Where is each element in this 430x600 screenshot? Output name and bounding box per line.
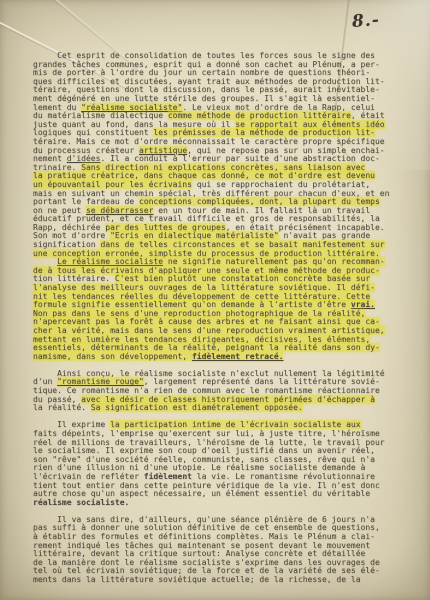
emphasized-text: ne signifie naturellement pas qu'on reco… — [163, 257, 385, 266]
text-segment: . Il a conduit à l'erreur par suite d'un… — [100, 154, 379, 163]
emphasized-text: Le réalisme socialiste — [57, 257, 163, 266]
emphasized-text: dans de telles circonstances et se basai… — [100, 240, 384, 249]
text-line: ments dans la littérature soviétique act… — [33, 576, 406, 585]
page-number: 8.- — [352, 10, 381, 32]
paper-page: 8.- Cet esprit de consolidation de toute… — [0, 0, 430, 600]
paragraph: Il exprime la participation intime de l'… — [33, 421, 406, 507]
typewritten-text: Cet esprit de consolidation de toutes le… — [33, 52, 406, 585]
emphasized-text: essentiels, déterminants de la réalité, … — [33, 343, 380, 352]
text-line: la réalité. Sa signification est diamétr… — [33, 404, 406, 413]
text-line: réalisme socialiste. — [33, 499, 406, 508]
paragraph: Il va sans dire, d'ailleurs, qu'une séan… — [33, 516, 406, 585]
emphasized-text: fidèlement retracé. — [192, 352, 284, 361]
emphasized-text: cher la vérité, mais dans le sens d'une … — [33, 326, 385, 335]
text-segment: la réalité. — [33, 403, 91, 412]
paragraph: Ainsi conçu, le réalisme socialiste n'ex… — [33, 370, 406, 413]
emphasized-text: namisme, dans son développement, — [33, 352, 192, 361]
text-line: namisme, dans son développement, fidèlem… — [33, 353, 406, 362]
emphasized-text: réalisme socialiste. — [33, 498, 129, 507]
emphasized-text: vrai. — [351, 300, 375, 309]
paragraph: Cet esprit de consolidation de toutes le… — [33, 52, 406, 258]
text-segment: , était — [351, 111, 385, 120]
emphasized-text: formule signifie essentiellement qu'on d… — [33, 300, 351, 309]
text-segment: signification — [33, 240, 100, 249]
paragraph: Le réalisme socialiste ne signifie natur… — [33, 258, 406, 361]
text-segment: ments dans la littérature soviétique act… — [33, 575, 361, 584]
emphasized-text: Sa signification est diamétralement oppo… — [91, 403, 303, 412]
text-segment — [33, 257, 57, 266]
text-segment: tique. Ce romantisme n'a rien de commun … — [33, 386, 380, 395]
emphasized-text: l'analyse des meilleurs ouvrages de la l… — [33, 283, 375, 292]
